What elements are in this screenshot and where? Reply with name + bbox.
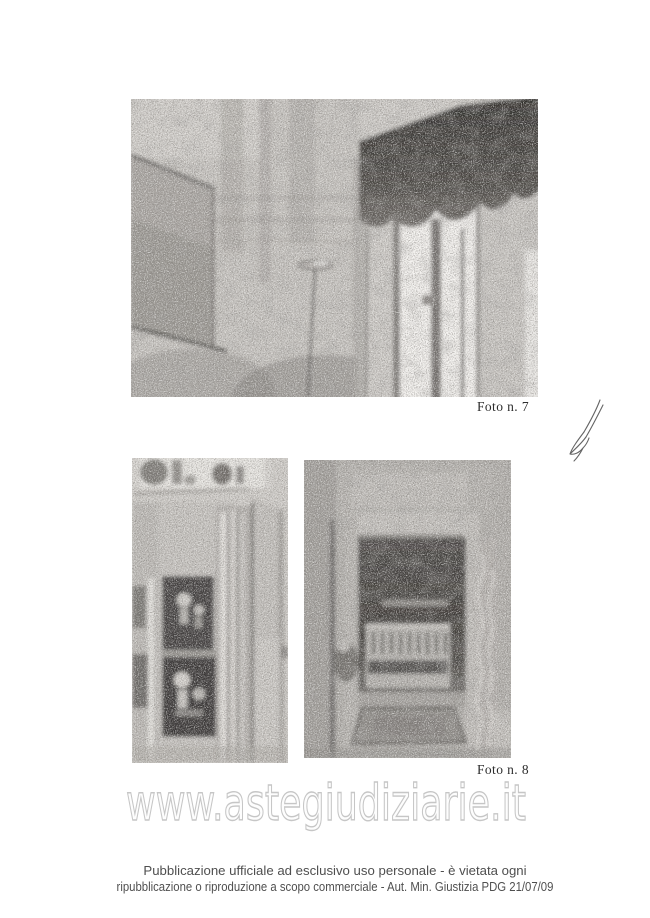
watermark: www.astegiudiziarie.it xyxy=(124,774,536,836)
pen-mark xyxy=(566,398,608,462)
watermark-text: www.astegiudiziarie.it xyxy=(126,774,526,832)
footer: Pubblicazione ufficiale ad esclusivo uso… xyxy=(0,863,650,895)
footer-line-2: ripubblicazione o riproduzione a scopo c… xyxy=(117,879,554,895)
footer-line-1: Pubblicazione ufficiale ad esclusivo uso… xyxy=(20,863,650,879)
photo-foto-8-left xyxy=(132,458,288,763)
photo-foto-8-right xyxy=(304,460,511,758)
photo-foto-7 xyxy=(131,99,538,397)
photo-caption-foto-7: Foto n. 7 xyxy=(477,399,529,415)
document-page: Foto n. 7 xyxy=(0,0,650,918)
